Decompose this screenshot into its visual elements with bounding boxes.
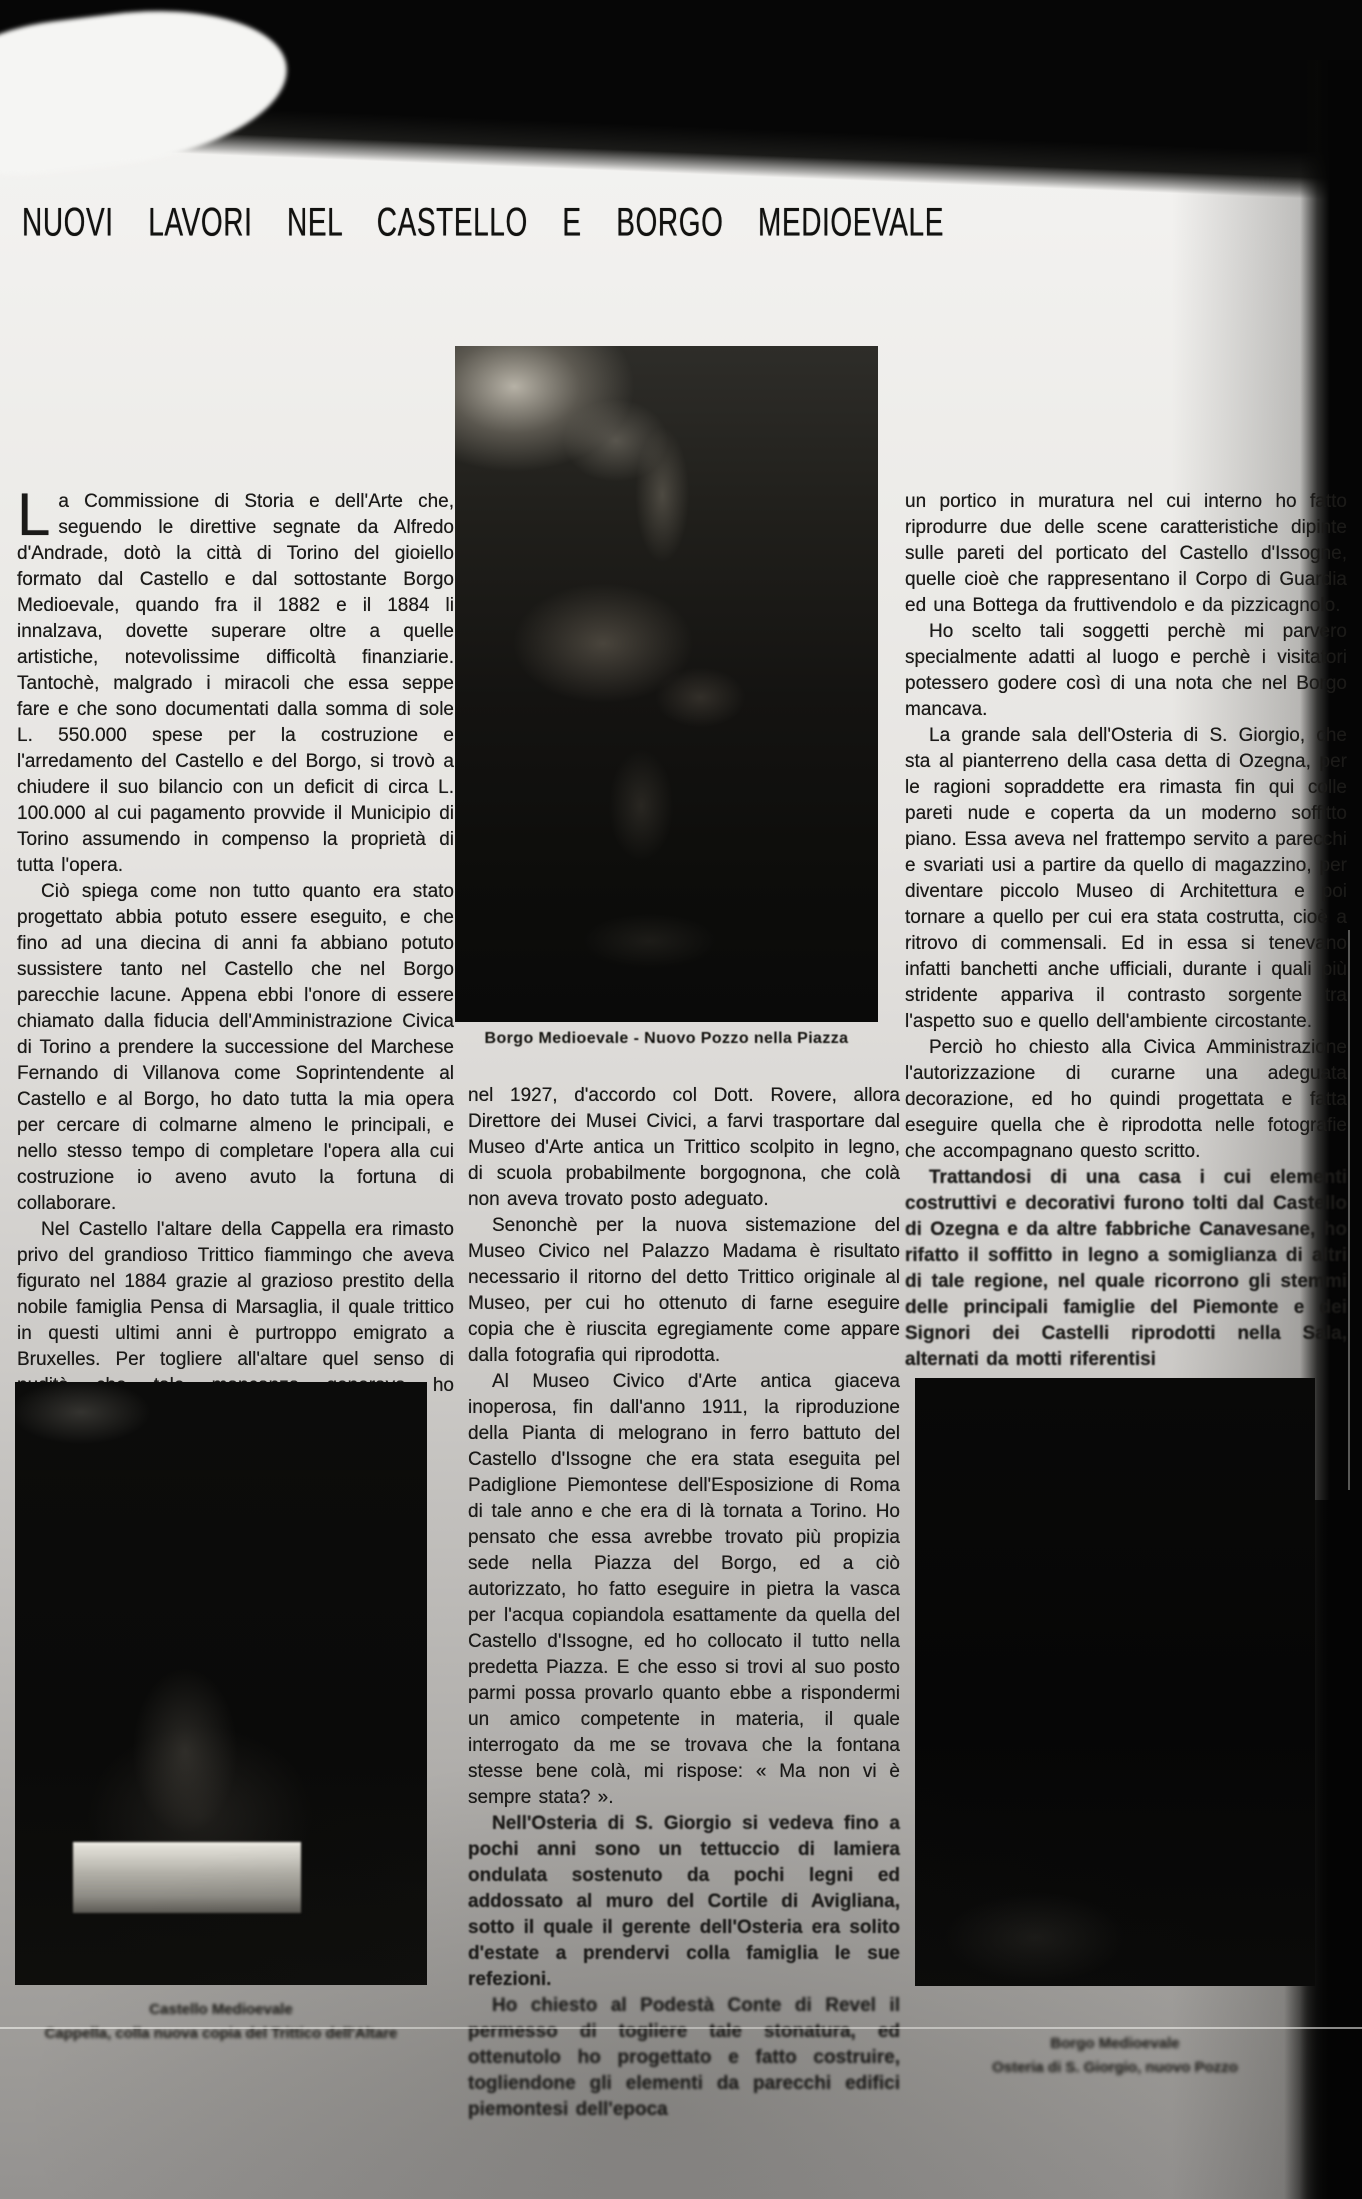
- caption-line: Borgo Medioevale: [915, 2032, 1315, 2056]
- paragraph: Ho chiesto al Podestà Conte di Revel il …: [468, 1993, 900, 2123]
- paragraph: Ho scelto tali soggetti perchè mi parver…: [905, 619, 1347, 723]
- scan-scratch-line: [0, 2027, 1362, 2029]
- photo-borgo-nuovo-pozzo: [455, 346, 878, 1022]
- page-corner-curl: [0, 0, 296, 184]
- drop-cap-letter: L: [17, 489, 58, 538]
- column-right: un portico in muratura nel cui interno h…: [905, 489, 1347, 1373]
- column-middle: nel 1927, d'accordo col Dott. Rovere, al…: [468, 1083, 900, 2123]
- paragraph: Nell'Osteria di S. Giorgio si vedeva fin…: [468, 1811, 900, 1993]
- paragraph: La grande sala dell'Osteria di S. Giorgi…: [905, 723, 1347, 1035]
- photo-caption-cappella: Castello Medioevale Cappella, colla nuov…: [15, 1998, 427, 2046]
- paragraph: Perciò ho chiesto alla Civica Amministra…: [905, 1035, 1347, 1165]
- paragraph: nel 1927, d'accordo col Dott. Rovere, al…: [468, 1083, 900, 1213]
- photo-osteria-san-giorgio: [915, 1378, 1315, 1986]
- paragraph: un portico in muratura nel cui interno h…: [905, 489, 1347, 619]
- altar-table-shape: [73, 1842, 301, 1913]
- column-left: La Commissione di Storia e dell'Arte che…: [17, 489, 454, 1425]
- photo-cappella-trittico: [15, 1382, 427, 1985]
- scanned-magazine-page: NUOVI LAVORI NEL CASTELLO E BORGO MEDIOE…: [0, 0, 1362, 2199]
- paragraph: Al Museo Civico d'Arte antica giaceva in…: [468, 1369, 900, 1811]
- caption-line: Castello Medioevale: [15, 1998, 427, 2022]
- paragraph: Senonchè per la nuova sistemazione del M…: [468, 1213, 900, 1369]
- photo-caption-borgo-pozzo: Borgo Medioevale - Nuovo Pozzo nella Pia…: [455, 1030, 878, 1048]
- caption-line: Osteria di S. Giorgio, nuovo Pozzo: [915, 2056, 1315, 2080]
- paragraph-text: a Commissione di Storia e dell'Arte che,…: [17, 491, 454, 876]
- page-edge-highlight: [1348, 930, 1350, 1490]
- caption-line: Cappella, colla nuova copia del Trittico…: [15, 2022, 427, 2046]
- paragraph: Trattandosi di una casa i cui elementi c…: [905, 1165, 1347, 1373]
- article-title: NUOVI LAVORI NEL CASTELLO E BORGO MEDIOE…: [22, 200, 944, 245]
- paragraph: La Commissione di Storia e dell'Arte che…: [17, 489, 454, 879]
- paragraph: Ciò spiega come non tutto quanto era sta…: [17, 879, 454, 1217]
- altar-glow-shape: [105, 1625, 265, 1835]
- photo-caption-osteria: Borgo Medioevale Osteria di S. Giorgio, …: [915, 2032, 1315, 2080]
